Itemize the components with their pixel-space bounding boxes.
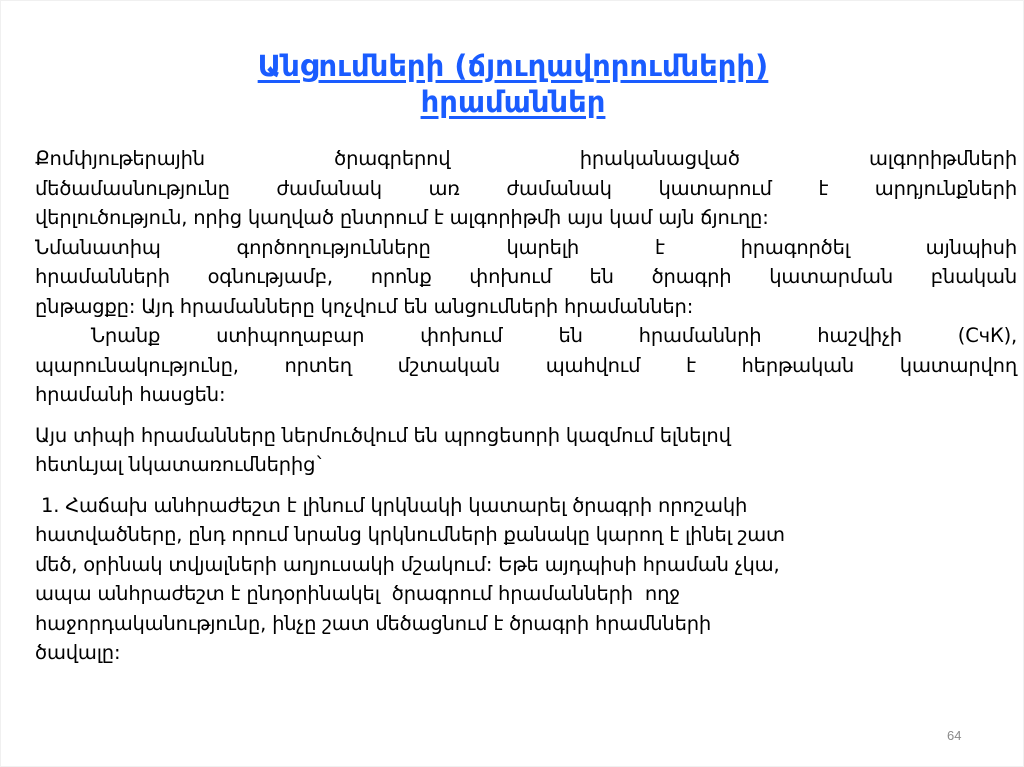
text-line: 1. Հաճախ անհրաժեշտ է լինում կրկնակի կատա… (35, 491, 1017, 521)
paragraph-reasons-intro: Այս տիպի հրամանները ներմուծվում են պրոցե… (35, 421, 1017, 480)
text-line: հրամանների օգնությամբ, որոնք փոխում են ծ… (35, 262, 1017, 292)
slide-body: Քոմփյութերային ծրագրերով իրականացված ալգ… (35, 144, 1017, 668)
page-number: 64 (947, 728, 961, 743)
text-line: հրամանի հասցեն: (35, 380, 1017, 410)
text-line: Քոմփյութերային ծրագրերով իրականացված ալգ… (35, 144, 1017, 174)
text-line: հետևյալ նկատառումներից` (35, 450, 1017, 480)
text-line: Նրանք ստիպողաբար փոխում են հրամաննրի հաշ… (35, 321, 1017, 351)
text-line: հաջորդականությունը, ինչը շատ մեծացնում է… (35, 609, 1017, 639)
text-line: ընթացքը: Այդ հրամանները կոչվում են անցու… (35, 292, 1017, 322)
text-line: պարունակությունը, որտեղ մշտական պահվում … (35, 351, 1017, 381)
paragraph-intro: Քոմփյութերային ծրագրերով իրականացված ալգ… (35, 144, 1017, 410)
text-line: ծավալը: (35, 638, 1017, 668)
text-line: ապա անհրաժեշտ է ընդօրինակել ծրագրում հրա… (35, 579, 1017, 609)
text-line: մեծամասնությունը ժամանակ առ ժամանակ կատա… (35, 174, 1017, 204)
paragraph-spacer (35, 410, 1017, 421)
text-line: հատվածները, ընդ որում նրանց կրկնումների … (35, 520, 1017, 550)
text-line: մեծ, օրինակ տվյալների աղյուսակի մշակում:… (35, 550, 1017, 580)
slide-title-line-1: Անցումների (ճյուղավորումների) (258, 49, 769, 83)
slide: Անցումների (ճյուղավորումների) հրամաններ … (0, 0, 1024, 767)
paragraph-spacer (35, 480, 1017, 491)
text-line: Այս տիպի հրամանները ներմուծվում են պրոցե… (35, 421, 1017, 451)
text-line: Նմանատիպ գործողությունները կարելի է իրագ… (35, 233, 1017, 263)
slide-title: Անցումների (ճյուղավորումների) հրամաններ (121, 48, 905, 120)
paragraph-reason-1: 1. Հաճախ անհրաժեշտ է լինում կրկնակի կատա… (35, 491, 1017, 668)
slide-title-line-2: հրամաններ (421, 85, 606, 119)
text-line: վերլուծություն, որից կաղված ընտրում է ալ… (35, 203, 1017, 233)
